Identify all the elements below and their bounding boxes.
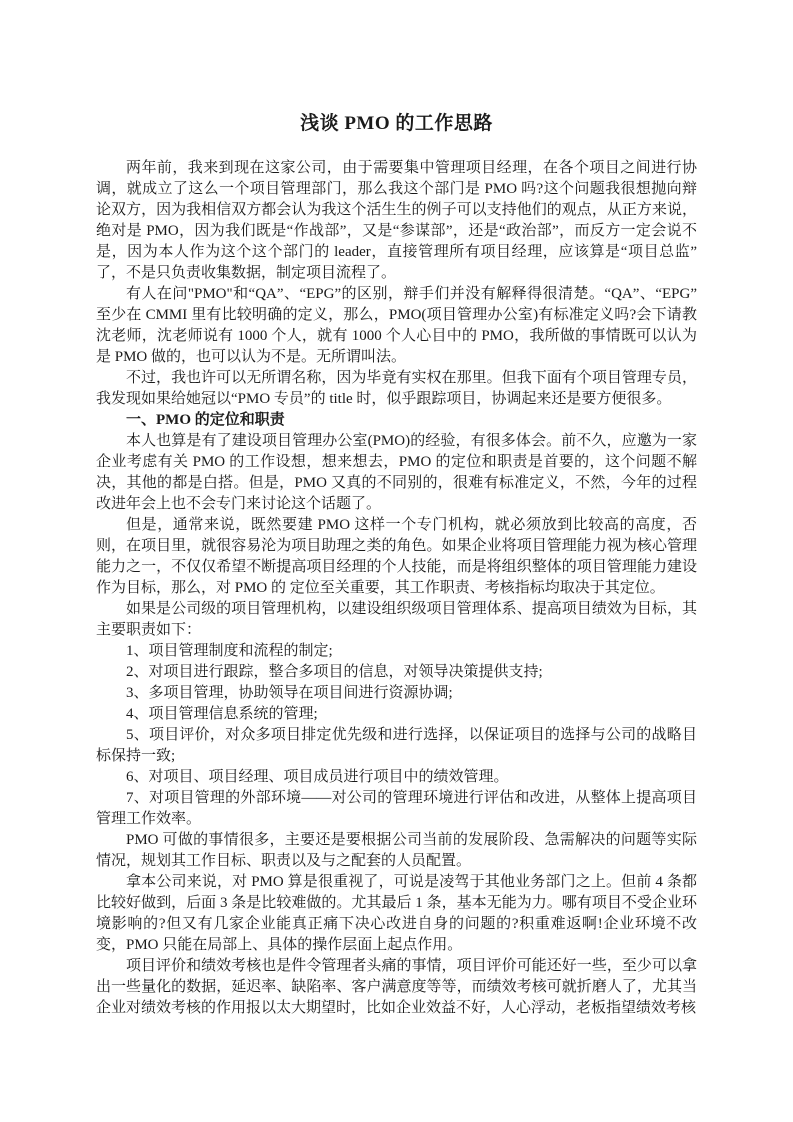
list-item-5: 5、项目评价，对众多项目排定优先级和进行选择，以保证项目的选择与公司的战略目标保… [96,725,697,767]
paragraph-pmo-qa-epg: 有人在问"PMO"和“QA”、“EPG”的区别，辩手们并没有解释得很清楚。“QA… [96,284,697,368]
paragraph-experience: 本人也算是有了建设项目管理办公室(PMO)的经验，有很多体会。前不久，应邀为一家… [96,431,697,515]
paragraph-planning: PMO 可做的事情很多，主要还是要根据公司当前的发展阶段、急需解决的问题等实际情… [96,830,697,872]
list-item-6: 6、对项目、项目经理、项目成员进行项目中的绩效管理。 [96,767,697,788]
section-heading-positioning: 一、PMO 的定位和职责 [96,410,697,431]
list-item-1: 1、项目管理制度和流程的制定; [96,641,697,662]
paragraph-title-matters: 不过，我也许可以无所谓名称，因为毕竟有实权在那里。但我下面有个项目管理专员，我发… [96,368,697,410]
paragraph-duties-lead-in: 如果是公司级的项目管理机构，以建设组织级项目管理体系、提高项目绩效为目标，其主要… [96,599,697,641]
document-title: 浅谈 PMO 的工作思路 [96,110,697,137]
list-item-7: 7、对项目管理的外部环境——对公司的管理环境进行评估和改进，从整体上提高项目管理… [96,788,697,830]
list-item-2: 2、对项目进行跟踪，整合多项目的信息，对领导决策提供支持; [96,662,697,683]
list-item-3: 3、多项目管理，协助领导在项目间进行资源协调; [96,683,697,704]
document-page: 浅谈 PMO 的工作思路 两年前，我来到现在这家公司，由于需要集中管理项目经理，… [0,0,793,1122]
list-item-4: 4、项目管理信息系统的管理; [96,704,697,725]
paragraph-high-level: 但是，通常来说，既然要建 PMO 这样一个专门机构，就必须放到比较高的高度，否则… [96,515,697,599]
paragraph-our-company: 拿本公司来说，对 PMO 算是很重视了，可说是凌驾于其他业务部门之上。但前 4 … [96,872,697,956]
paragraph-evaluation: 项目评价和绩效考核也是件令管理者头痛的事情，项目评价可能还好一些，至少可以拿出一… [96,956,697,1019]
paragraph-intro: 两年前，我来到现在这家公司，由于需要集中管理项目经理，在各个项目之间进行协调，就… [96,158,697,284]
